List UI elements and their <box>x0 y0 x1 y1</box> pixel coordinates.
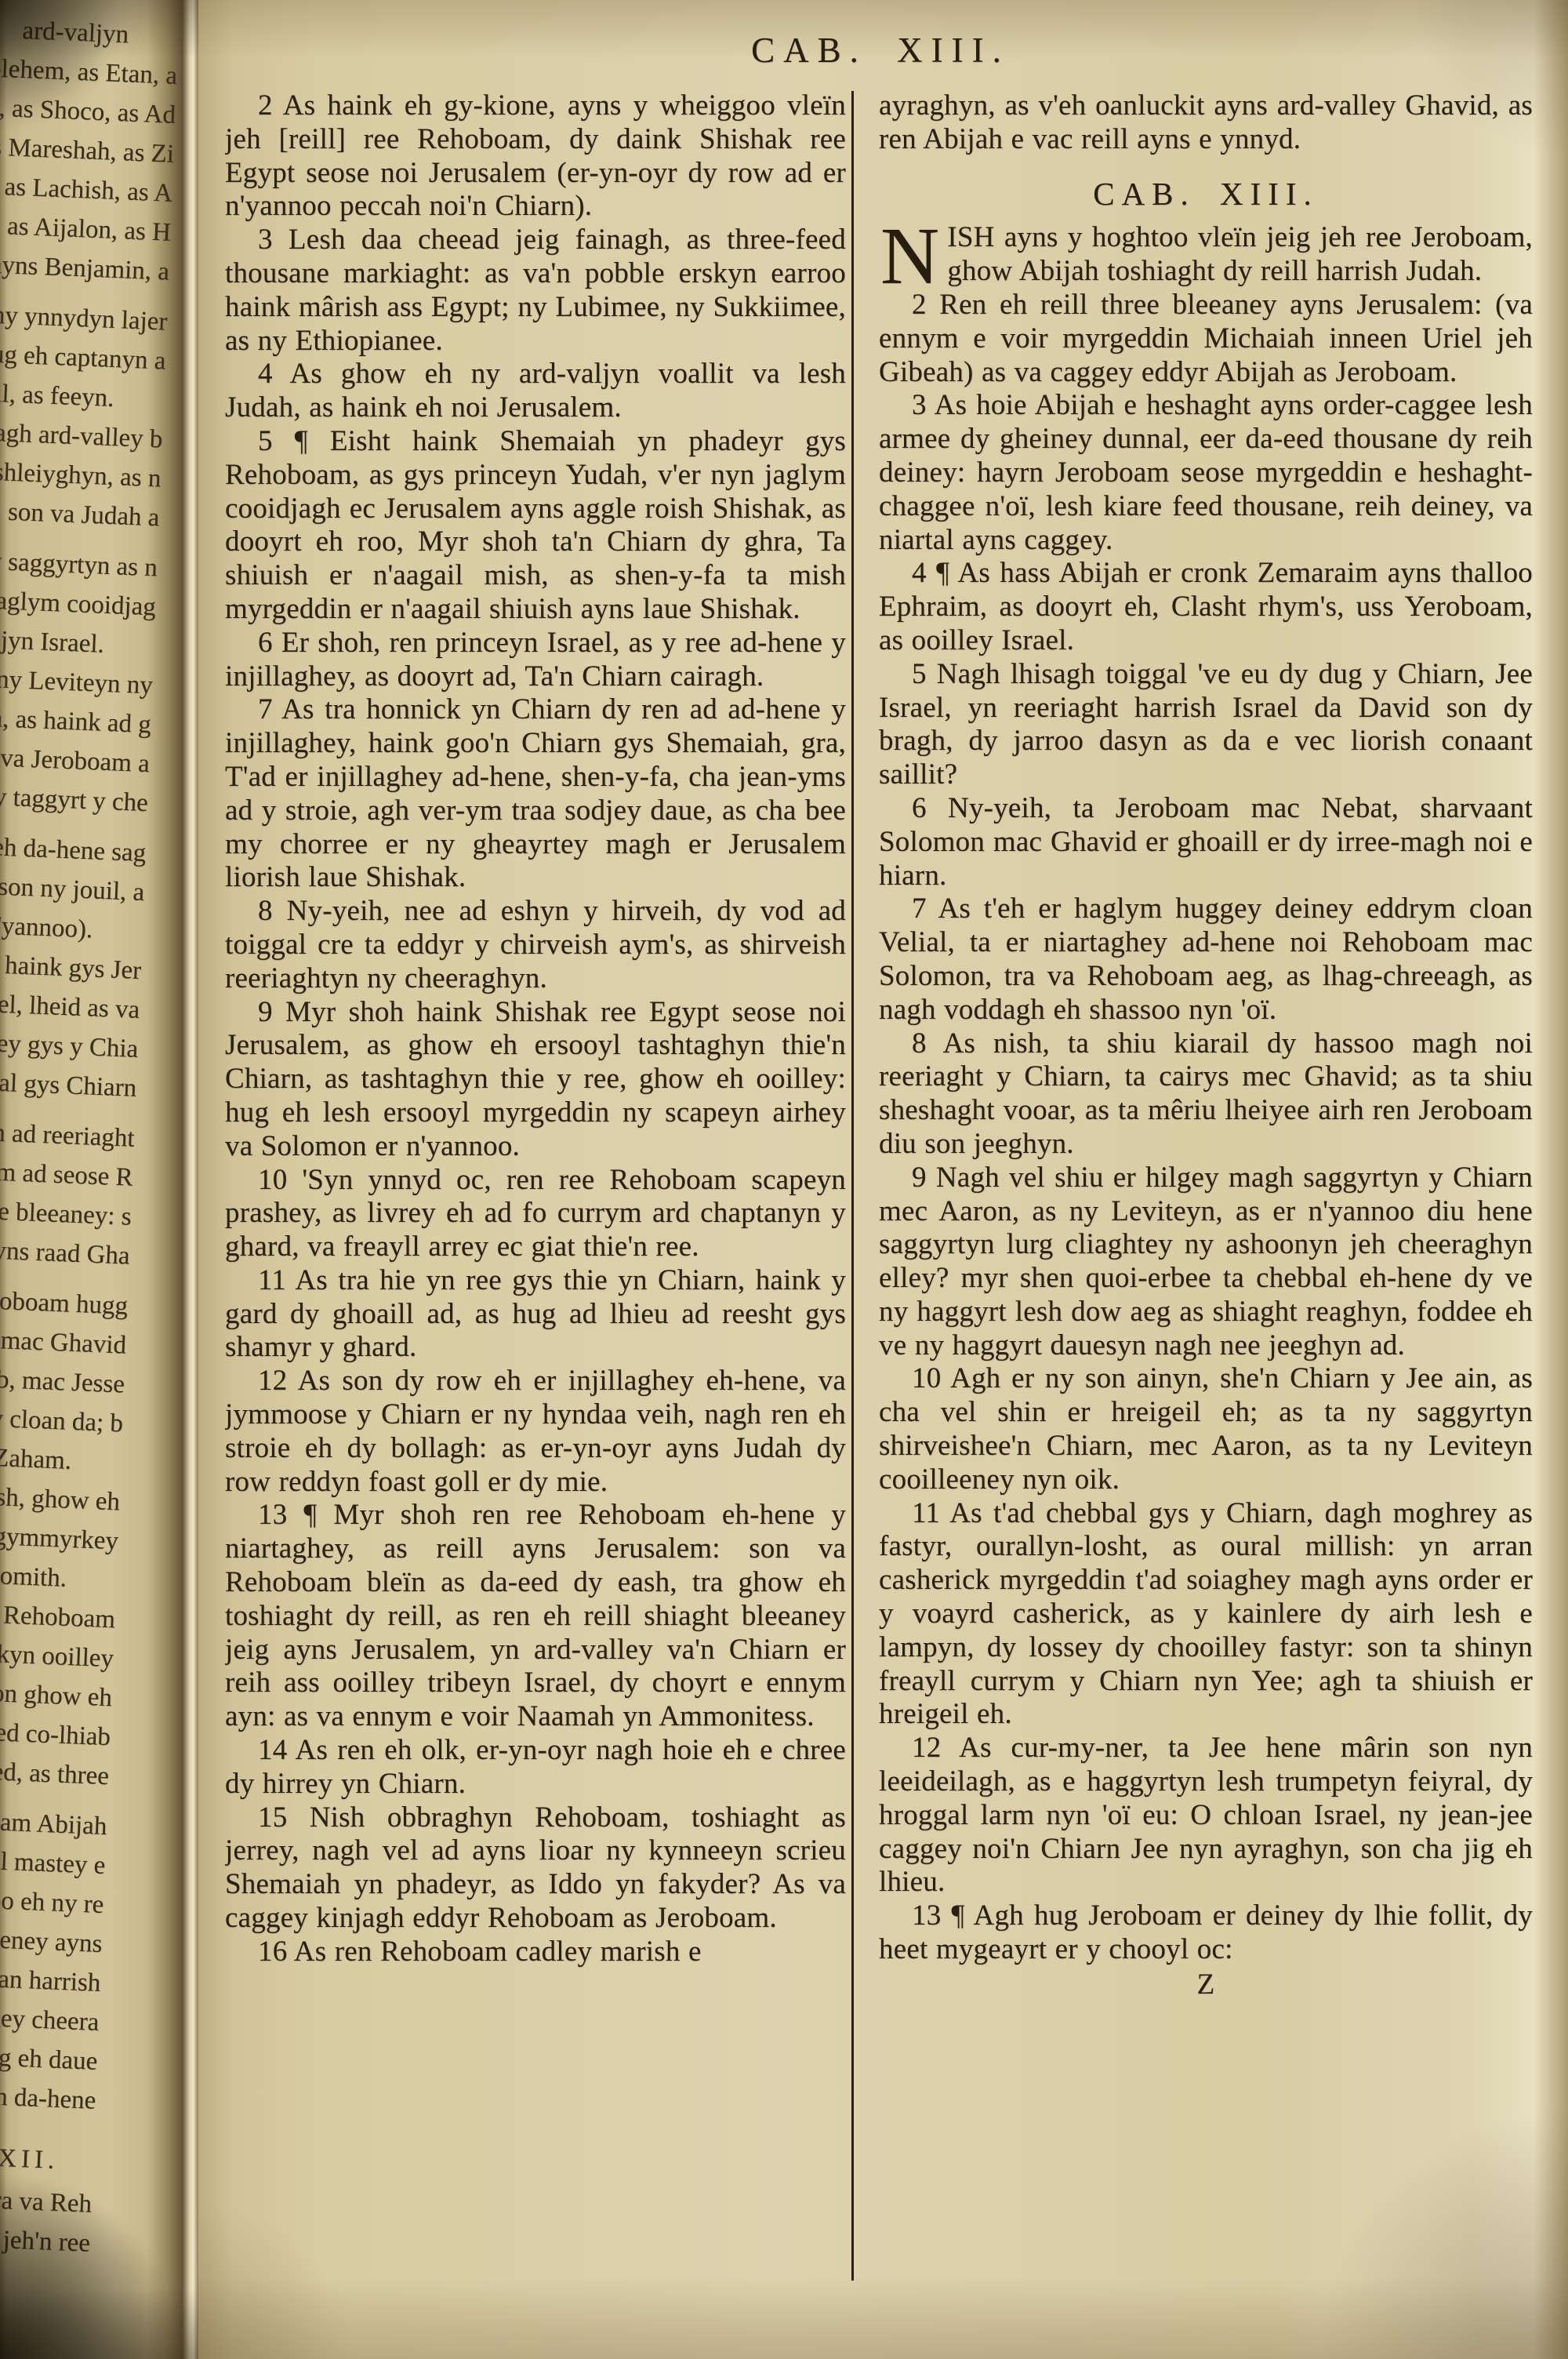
previous-page-text-fragment: as hug eh captanyn a <box>0 333 166 381</box>
previous-page-text-fragment: ghow Rehoboam hugg <box>0 1278 129 1326</box>
previous-page-text-fragment: Jerimoth mac Ghavid <box>0 1317 127 1365</box>
previous-page-text-fragment: ail dy yannoo eh ny re <box>0 1876 104 1925</box>
verse-paragraph: 2 As haink eh gy-kione, ayns y wheiggoo … <box>225 89 846 224</box>
previous-page-text-fragment: ee, as shleiyghyn, as n <box>0 450 162 499</box>
previous-page-text-fragment: ns dagh ard-valley b <box>0 411 163 460</box>
book-page: CAB. XIII. 2 As haink eh gy-kione, ayns … <box>198 0 1568 2359</box>
verse-paragraph: 4 ¶ As hass Abijah er cronk Zemaraim ayn… <box>879 557 1533 657</box>
previous-page-text-fragment: min: as hug eh daue <box>0 2033 98 2081</box>
previous-page-text-fragment: Ziza, as Shelomith. <box>0 1551 118 1600</box>
column-divider-rule <box>851 91 854 2281</box>
previous-page-text-fragment: e ad ayns raad Gha <box>0 1227 131 1276</box>
verse-paragraph: 12 As cur-my-ner, ta Jee hene mârin son … <box>879 1732 1533 1899</box>
left-text-column: 2 As haink eh gy-kione, ayns y wheiggoo … <box>225 89 846 2348</box>
verse-paragraph: 15 Nish obbraghyn Rehoboam, toshiaght as… <box>225 1801 846 1936</box>
verse-paragraph: 13 ¶ Myr shoh ren ree Rehoboam eh-hene y… <box>225 1499 846 1734</box>
drop-cap-initial: N <box>879 221 947 287</box>
previous-page-text-fragment: bal oural gys Chiarn <box>0 1060 137 1108</box>
verse-paragraph: 7 As tra honnick yn Chiarn dy ren ad ad-… <box>225 693 846 895</box>
running-head: CAB. XIII. <box>700 30 1061 71</box>
previous-page-text-fragment: ard-valjyn <box>0 8 180 56</box>
verse-paragraph: 13 ¶ Agh hug Jeroboam er deiney dy lhie … <box>879 1899 1533 1967</box>
previous-page-text-fragment: t mec as feed, as three <box>0 1747 110 1796</box>
previous-page-text-fragment: dy hirrey gys y Chia <box>0 1020 139 1069</box>
verse-continuation-paragraph: ayraghyn, as v'eh oanluckit ayns ard-val… <box>879 89 1533 157</box>
previous-page-text-fragment: er-reill mastey e <box>0 1837 106 1885</box>
previous-page-text-fragment: lom, erskyn ooilley <box>0 1630 114 1678</box>
verse-paragraph: 8 Ny-yeih, nee ad eshyn y hirveih, dy vo… <box>225 895 846 995</box>
previous-page-text-fragment: CAB. XII. <box>0 2133 94 2182</box>
previous-page-text-fragment: Beth-lehem, as Etan, a <box>0 47 178 96</box>
previous-page-text-fragment: abbee: (son ghow eh <box>0 1669 113 1717</box>
verse-paragraph: 7 As t'eh er haglym huggey deiney eddrym… <box>879 892 1533 1027</box>
previous-page-text-fragment: as three-feed co-lhiab <box>0 1708 111 1757</box>
previous-page-text-fragment: nyn jaglym cooidjag <box>0 578 157 627</box>
verse-paragraph: 5 ¶ Eisht haink Shemaiah yn phadeyr gys … <box>225 425 846 627</box>
verse-paragraph: 12 As son dy row eh er injillaghey eh-he… <box>225 1365 846 1499</box>
previous-page-edge: ard-valjyn Beth-lehem, as Etan, a -zur, … <box>0 0 198 2359</box>
previous-page-text-fragment: dyn, as son ny jouil, a <box>0 863 145 912</box>
previous-page-text-fragment: ll eh dy creeney ayns <box>0 1915 103 1964</box>
previous-page-text-fragment: trooid ooilley cheera <box>0 1994 100 2042</box>
previous-page-text-fragment: eh gy-kione tra va Reh <box>0 2175 93 2224</box>
previous-page-text-fragment: lajer, son va Judah a <box>0 489 160 538</box>
verse-paragraph: 6 Ny-yeih, ta Jeroboam mac Nebat, sharva… <box>879 792 1533 892</box>
previous-page-text-fragment: er n'yannoo). <box>0 903 143 951</box>
previous-page-text-fragment: noh ren ad reeriaght <box>0 1110 136 1158</box>
previous-page-text-fragment: e, as ayns Benjamin, a <box>0 243 170 292</box>
printer-signature: Z <box>879 1968 1533 2002</box>
previous-page-text-fragment: yn Israel, lheid as va <box>0 981 140 1030</box>
verse-paragraph: 3 Lesh daa cheead jeig fainagh, as three… <box>225 224 846 358</box>
verse-paragraph: 6 Er shoh, ren princeyn Israel, as y ree… <box>225 627 846 694</box>
previous-page-text-fragment: : son va Jeroboam a <box>0 735 151 783</box>
verse-paragraph: 10 'Syn ynnyd oc, ren ree Rehoboam scape… <box>225 1164 846 1264</box>
previous-page-text-fragment: ard-jyn Israel. <box>0 617 155 666</box>
first-verse-paragraph: NISH ayns y hoghtoo vleïn jeig jeh ree J… <box>879 221 1533 289</box>
previous-page-text-fragment: s Zaham. <box>0 1434 122 1483</box>
previous-page-text-fragment: neen Eliab, mac Jesse <box>0 1356 125 1405</box>
previous-page-text-fragment: mmyrkey cloan da; b <box>0 1395 124 1444</box>
previous-page-text-fragment: nallyn, as haink ad g <box>0 696 152 744</box>
previous-page-text-fragment: y, as ooil, as feeyn. <box>0 372 165 420</box>
first-verse-text: ISH ayns y hoghtoo vleïn jeig jeh ree Je… <box>947 221 1533 287</box>
previous-page-text-fragment: laag ny Leviteyn ny <box>0 656 154 705</box>
previous-page-text-fragment: veih oik y taggyrt y che <box>0 774 149 823</box>
previous-page-text-fragment: ghow eh da-hene <box>0 2072 96 2121</box>
verse-paragraph: 9 Myr shoh haink Shishak ree Egypt seose… <box>225 996 846 1164</box>
verse-paragraph: 3 As hoie Abijah e heshaght ayns order-c… <box>879 389 1533 557</box>
right-text-column: ayraghyn, as v'eh oanluckit ayns ard-val… <box>879 89 1533 2002</box>
previous-page-text-fragment: om, ren gymmyrkey <box>0 1512 119 1561</box>
verse-paragraph: 10 Agh er ny son ainyn, she'n Chiarn y J… <box>879 1362 1533 1496</box>
previous-page-text-fragment: as chum ad seose R <box>0 1149 134 1198</box>
verse-paragraph: 4 As ghow eh ny ard-valjyn voallit va le… <box>225 358 846 425</box>
chapter-heading: CAB. XIII. <box>879 177 1533 211</box>
previous-page-text-fragment: n three bleeaney: s <box>0 1188 132 1237</box>
previous-page-text-fragment: ardee eh da-hene sag <box>0 824 147 873</box>
previous-page-text-fragment: h, as Mareshah, as Zi <box>0 125 175 174</box>
previous-page-text-fragment: Rehoboam Abijah <box>0 1797 107 1846</box>
book-page-photo: ard-valjyn Beth-lehem, as Etan, a -zur, … <box>0 0 1568 2359</box>
previous-page-text-fragment: ney lesh Rehoboam <box>0 1590 116 1639</box>
previous-page-text-fragment: rah, as Aijalon, as H <box>0 204 172 253</box>
previous-page-text-fragment: lurg ecksh, ghow eh <box>0 1473 121 1521</box>
right-column-verses: 2 Ren eh reill three bleeaney ayns Jerus… <box>879 289 1533 1967</box>
previous-page-text-fragment: -zur, as Shoco, as Ad <box>0 86 176 135</box>
previous-page-text-fragment: oo shickyr jeh'n ree <box>0 2215 91 2263</box>
verse-paragraph: 2 Ren eh reill three bleeaney ayns Jerus… <box>879 289 1533 389</box>
verse-paragraph: 8 As nish, ta shiu kiarail dy hassoo mag… <box>879 1027 1533 1161</box>
verse-paragraph: 5 Nagh lhisagh toiggal 've eu dy dug y C… <box>879 658 1533 792</box>
previous-page-text-fragment: raim, as Lachish, as A <box>0 165 173 213</box>
verse-paragraph: 16 As ren Rehoboam cadley marish e <box>225 1936 846 1969</box>
previous-page-text-fragment: eh ny ynnydyn lajer <box>0 293 168 342</box>
previous-page-text-fragment: va ny saggyrtyn as n <box>0 539 158 587</box>
previous-page-text-fragment: roosyn haink gys Jer <box>0 942 142 990</box>
verse-paragraph: 14 As ren eh olk, er-yn-oyr nagh hoie eh… <box>225 1734 846 1801</box>
previous-page-text: ard-valjyn Beth-lehem, as Etan, a -zur, … <box>0 8 180 2263</box>
previous-page-text-fragment: ey jeh e chloan harrish <box>0 1954 101 2003</box>
verse-paragraph: 9 Nagh vel shiu er hilgey magh saggyrtyn… <box>879 1161 1533 1363</box>
verse-paragraph: 11 As t'ad chebbal gys y Chiarn, dagh mo… <box>879 1497 1533 1732</box>
verse-paragraph: 11 As tra hie yn ree gys thie yn Chiarn,… <box>225 1264 846 1365</box>
